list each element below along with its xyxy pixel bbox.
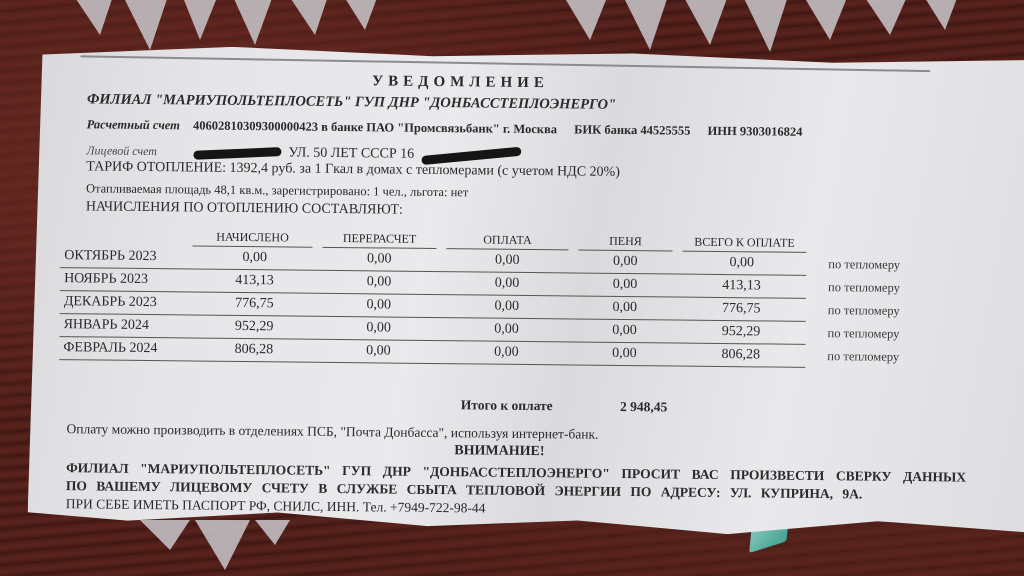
- header-month: [60, 223, 192, 246]
- cell-paid: 0,00: [440, 318, 572, 342]
- inn: ИНН 9303016824: [708, 124, 803, 139]
- cell-total: 952,29: [676, 320, 805, 344]
- cell-month: ЯНВАРЬ 2024: [59, 314, 191, 338]
- cell-penalty: 0,00: [572, 342, 676, 366]
- cell-note: по тепломеру: [805, 321, 899, 345]
- area-info: Отапливаемая площадь 48,1 кв.м., зарегис…: [86, 181, 468, 200]
- cell-month: ДЕКАБРЬ 2023: [60, 291, 192, 315]
- header-paid: ОПЛАТА: [441, 227, 573, 250]
- paper-snowflake-decoration: [140, 520, 290, 576]
- cell-paid: 0,00: [440, 341, 572, 365]
- notice-body: ФИЛИАЛ "МАРИУПОЛЬТЕПЛОСЕТЬ" ГУП ДНР "ДОН…: [66, 460, 966, 501]
- charges-heading: НАЧИСЛЕНИЯ ПО ОТОПЛЕНИЮ СОСТАВЛЯЮТ:: [86, 199, 403, 218]
- header-charged: НАЧИСЛЕНО: [192, 224, 317, 247]
- cell-charged: 413,13: [192, 269, 317, 293]
- charges-table: НАЧИСЛЕНО ПЕРЕРАСЧЕТ ОПЛАТА ПЕНЯ ВСЕГО К…: [59, 223, 900, 369]
- personal-account-label: Лицевой счет: [86, 143, 186, 159]
- notice-text: ФИЛИАЛ "МАРИУПОЛЬТЕПЛОСЕТЬ" ГУП ДНР "ДОН…: [66, 459, 967, 522]
- cell-charged: 806,28: [191, 338, 316, 362]
- cell-month: ФЕВРАЛЬ 2024: [59, 337, 191, 361]
- header-penalty: ПЕНЯ: [573, 228, 677, 251]
- document-title: УВЕДОМЛЕНИЕ: [372, 73, 549, 92]
- bank-name: в банке ПАО "Промсвязьбанк" г. Москва: [321, 120, 557, 136]
- account-label: Расчетный счет: [87, 117, 180, 132]
- cell-penalty: 0,00: [573, 296, 677, 320]
- redaction-mark: [193, 147, 281, 160]
- cell-recalc: 0,00: [317, 247, 441, 271]
- attention-heading: ВНИМАНИЕ!: [454, 443, 544, 460]
- grand-total: Итого к оплате 2 948,45: [461, 397, 668, 415]
- cell-note: по тепломеру: [806, 275, 900, 299]
- cell-charged: 952,29: [191, 315, 316, 339]
- total-label: Итого к оплате: [461, 397, 553, 413]
- bank-details: Расчетный счет 40602810309300000423 в ба…: [87, 117, 803, 139]
- header-total-due: ВСЕГО К ОПЛАТЕ: [677, 230, 806, 253]
- cell-recalc: 0,00: [316, 316, 440, 340]
- notice-contact: ПРИ СЕБЕ ИМЕТЬ ПАСПОРТ РФ, СНИЛС, ИНН. Т…: [66, 496, 486, 515]
- cell-month: НОЯБРЬ 2023: [60, 268, 192, 292]
- payment-info: Оплату можно производить в отделениях ПС…: [66, 421, 598, 443]
- address: УЛ. 50 ЛЕТ СССР 16: [288, 145, 414, 161]
- cell-paid: 0,00: [441, 295, 573, 319]
- cell-penalty: 0,00: [573, 273, 677, 297]
- cell-total: 806,28: [676, 343, 805, 367]
- cell-penalty: 0,00: [573, 250, 677, 274]
- header-note: [806, 231, 900, 253]
- cell-paid: 0,00: [441, 272, 573, 296]
- organization-name: ФИЛИАЛ "МАРИУПОЛЬТЕПЛОСЕТЬ" ГУП ДНР "ДОН…: [87, 91, 616, 114]
- cell-note: по тепломеру: [805, 344, 899, 368]
- cell-charged: 776,75: [192, 292, 317, 316]
- account-number: 40602810309300000423: [193, 118, 318, 133]
- cell-total: 0,00: [677, 251, 806, 275]
- header-recalc: ПЕРЕРАСЧЕТ: [317, 226, 441, 249]
- tariff-line: ТАРИФ ОТОПЛЕНИЕ: 1392,4 руб. за 1 Гкал в…: [86, 159, 620, 181]
- cell-penalty: 0,00: [572, 319, 676, 343]
- paper-snowflake-decoration: [0, 330, 20, 400]
- cell-total: 776,75: [677, 297, 806, 321]
- cell-note: по тепломеру: [806, 252, 900, 276]
- cell-paid: 0,00: [441, 249, 573, 273]
- notice-document: УВЕДОМЛЕНИЕ ФИЛИАЛ "МАРИУПОЛЬТЕПЛОСЕТЬ" …: [28, 45, 1024, 537]
- bik: БИК банка 44525555: [574, 122, 690, 137]
- cell-total: 413,13: [677, 274, 806, 298]
- cell-recalc: 0,00: [317, 270, 441, 294]
- cell-recalc: 0,00: [316, 339, 440, 363]
- cell-month: ОКТЯБРЬ 2023: [60, 245, 192, 269]
- total-value: 2 948,45: [620, 399, 667, 414]
- cell-charged: 0,00: [192, 246, 317, 270]
- cell-recalc: 0,00: [317, 293, 441, 317]
- cell-note: по тепломеру: [806, 298, 900, 322]
